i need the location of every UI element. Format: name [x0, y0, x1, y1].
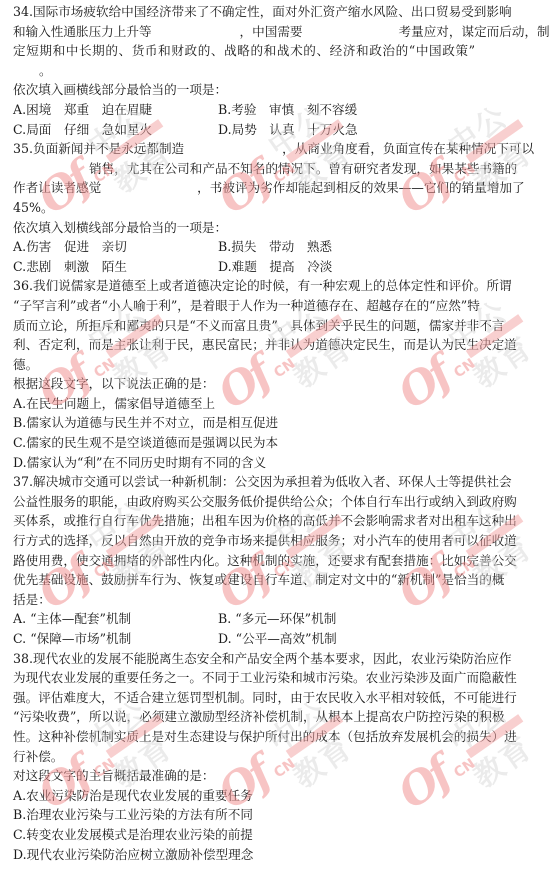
q34-option-d[interactable]: D.局势 认真 十万火急: [218, 120, 423, 140]
q38-prompt: 对这段文字的主旨概括最准确的是：: [13, 766, 541, 786]
q38-stem-line-5: 性。这种补偿机制实质上是对生态建设与保护所付出的成本（包括放弃发展机会的损失）进: [13, 727, 541, 747]
q35-option-d[interactable]: D.难题 提高 冷淡: [218, 257, 423, 277]
q37-option-c[interactable]: C. “保障—市场”机制: [13, 629, 218, 649]
question-34: 34.国际市场疲软给中国经济带来了不确定性，面对外汇资产缩水风险、出口贸易受到影…: [13, 2, 541, 139]
q35-stem-text: 销售，尤其在公司和产品不知名的情况下。曾有研究者发现，如果某些书籍的: [89, 161, 517, 176]
q34-prompt: 依次填入画横线部分最恰当的一项是：: [13, 80, 541, 100]
q35-stem-line-2: 销售，尤其在公司和产品不知名的情况下。曾有研究者发现，如果某些书籍的: [13, 159, 541, 179]
q38-option-b[interactable]: B.治理农业污染与工业污染的方法有所不同: [13, 805, 541, 825]
q37-stem-line-2: 公益性服务的职能，由政府购买公交服务低价提供给公众；个体自行车出行或纳入到政府购: [13, 492, 541, 512]
q37-stem-line-7: 括是：: [13, 590, 541, 610]
q36-stem-line-5: 德。: [13, 355, 541, 375]
q35-stem-line-4: 45%。: [13, 198, 541, 218]
q37-option-a[interactable]: A. “主体—配套”机制: [13, 609, 218, 629]
q34-stem-text: 。: [39, 63, 52, 78]
q36-option-a[interactable]: A.在民生问题上，儒家倡导道德至上: [13, 394, 541, 414]
q34-stem-text: ，中国需要: [240, 24, 303, 39]
q38-option-d[interactable]: D.现代农业污染防治应树立激励补偿型理念: [13, 845, 541, 865]
q37-stem-line-6: 优先基础设施、鼓励拼车行为、恢复或建设自行车道、制定对文中的“新机制”是恰当的概: [13, 570, 541, 590]
q36-stem-line-3: 质而立论，所拒斥和鄙夷的只是“不义而富且贵”。具体到关乎民生的问题，儒家并非不言: [13, 316, 541, 336]
q37-options-row-1: A. “主体—配套”机制 B. “多元—环保”机制: [13, 609, 541, 629]
q38-stem-line-6: 行补偿。: [13, 747, 541, 767]
q37-options-row-2: C. “保障—市场”机制 D. “公平—高效”机制: [13, 629, 541, 649]
exam-page: 34.国际市场疲软给中国经济带来了不确定性，面对外汇资产缩水风险、出口贸易受到影…: [0, 0, 550, 887]
q35-stem-text: 35.负面新闻并不是永远都制造: [13, 141, 184, 156]
q36-option-b[interactable]: B.儒家认为道德与民生并不对立，而是相互促进: [13, 413, 541, 433]
q34-stem-line-3: 定短期和中长期的、货币和财政的、战略的和战术的、经济和政治的“中国政策”: [13, 41, 541, 61]
question-35: 35.负面新闻并不是永远都制造，从商业角度看，负面宣传在某种情况下可以 销售，尤…: [13, 139, 541, 276]
q35-options-row-2: C.悲剧 刺激 陌生 D.难题 提高 冷淡: [13, 257, 541, 277]
q34-option-c[interactable]: C.局面 仔细 急如星火: [13, 120, 218, 140]
q34-stem-line-4: 。: [13, 61, 541, 81]
q38-stem-line-3: 强。评估难度大，不适合建立惩罚型机制。同时，由于农民收入水平相对较低，不可能进行: [13, 688, 541, 708]
q34-option-a[interactable]: A.困境 郑重 迫在眉睫: [13, 100, 218, 120]
q35-stem-text: 作者让读者感觉: [13, 180, 101, 195]
q35-stem-line-3: 作者让读者感觉，书被评为劣作却能起到相反的效果——它们的销量增加了: [13, 178, 541, 198]
q36-prompt: 根据这段文字，以下说法正确的是：: [13, 374, 541, 394]
q34-stem-text: 和输入性通胀压力上升等: [13, 24, 152, 39]
q34-options-row-1: A.困境 郑重 迫在眉睫 B.考验 审慎 刻不容缓: [13, 100, 541, 120]
q35-stem-text: ，书被评为劣作却能起到相反的效果——它们的销量增加了: [197, 180, 524, 195]
q35-stem-line-1: 35.负面新闻并不是永远都制造，从商业角度看，负面宣传在某种情况下可以: [13, 139, 541, 159]
question-37: 37.解决城市交通可以尝试一种新机制：公交因为承担着为低收入者、环保人士等提供社…: [13, 472, 541, 648]
q37-option-b[interactable]: B. “多元—环保”机制: [218, 609, 423, 629]
q38-stem-line-4: “污染收费”，所以说，必须建立激励型经济补偿机制，从根本上提高农户防控污染的积极: [13, 707, 541, 727]
q34-stem-line-2: 和输入性通胀压力上升等，中国需要考量应对，谋定而后动，制: [13, 22, 541, 42]
q38-stem-line-2: 为现代农业发展的重要任务之一。不同于工业污染和城市污染。农业污染涉及面广而隐蔽性: [13, 668, 541, 688]
q36-option-c[interactable]: C.儒家的民生观不是空谈道德而是强调以民为本: [13, 433, 541, 453]
q34-stem-line-1: 34.国际市场疲软给中国经济带来了不确定性，面对外汇资产缩水风险、出口贸易受到影…: [13, 2, 541, 22]
q38-option-a[interactable]: A.农业污染防治是现代农业发展的重要任务: [13, 786, 541, 806]
q35-stem-text: ，从商业角度看，负面宣传在某种情况下可以: [282, 141, 534, 156]
q35-prompt: 依次填入划横线部分最恰当的一项是：: [13, 218, 541, 238]
q34-option-b[interactable]: B.考验 审慎 刻不容缓: [218, 100, 423, 120]
q34-options-row-2: C.局面 仔细 急如星火 D.局势 认真 十万火急: [13, 120, 541, 140]
q37-option-d[interactable]: D. “公平—高效”机制: [218, 629, 423, 649]
q35-option-a[interactable]: A.伤害 促进 亲切: [13, 237, 218, 257]
q38-stem-line-1: 38.现代农业的发展不能脱离生态安全和产品安全两个基本要求，因此，农业污染防治应…: [13, 649, 541, 669]
q38-option-c[interactable]: C.转变农业发展模式是治理农业污染的前提: [13, 825, 541, 845]
exam-content: 34.国际市场疲软给中国经济带来了不确定性，面对外汇资产缩水风险、出口贸易受到影…: [13, 2, 541, 864]
q36-option-d[interactable]: D.儒家认为“利”在不同历史时期有不同的含义: [13, 453, 541, 473]
question-38: 38.现代农业的发展不能脱离生态安全和产品安全两个基本要求，因此，农业污染防治应…: [13, 649, 541, 865]
q37-stem-line-4: 行方式的选择，反以自然由开放的竞争市场来提供相应服务；对小汽车的使用者可以征收道: [13, 531, 541, 551]
q35-option-b[interactable]: B.损失 带动 熟悉: [218, 237, 423, 257]
q37-stem-line-5: 路使用费，使交通拥堵的外部性内化。这种机制的实施，还要求有配套措施：比如完善公交: [13, 551, 541, 571]
q34-stem-text: 考量应对，谋定而后动，制: [399, 24, 550, 39]
question-36: 36.我们说儒家是道德至上或者道德决定论的时候，有一种宏观上的总体定性和评价。所…: [13, 276, 541, 472]
q37-stem-line-1: 37.解决城市交通可以尝试一种新机制：公交因为承担着为低收入者、环保人士等提供社…: [13, 472, 541, 492]
q36-stem-line-2: “子罕言利”或者“小人喻于利”，是着眼于人作为一种道德存在、超越存在的“应然”特: [13, 296, 541, 316]
q36-stem-line-4: 利、否定利，而是主张让利于民，惠民富民；并非认为道德决定民生，而是认为民生决定道: [13, 335, 541, 355]
q36-stem-line-1: 36.我们说儒家是道德至上或者道德决定论的时候，有一种宏观上的总体定性和评价。所…: [13, 276, 541, 296]
q35-options-row-1: A.伤害 促进 亲切 B.损失 带动 熟悉: [13, 237, 541, 257]
q37-stem-line-3: 买体系，或推行自行车优先措施；出租车因为价格的高低并不会影响需求者对出租车这种出: [13, 511, 541, 531]
q35-option-c[interactable]: C.悲剧 刺激 陌生: [13, 257, 218, 277]
